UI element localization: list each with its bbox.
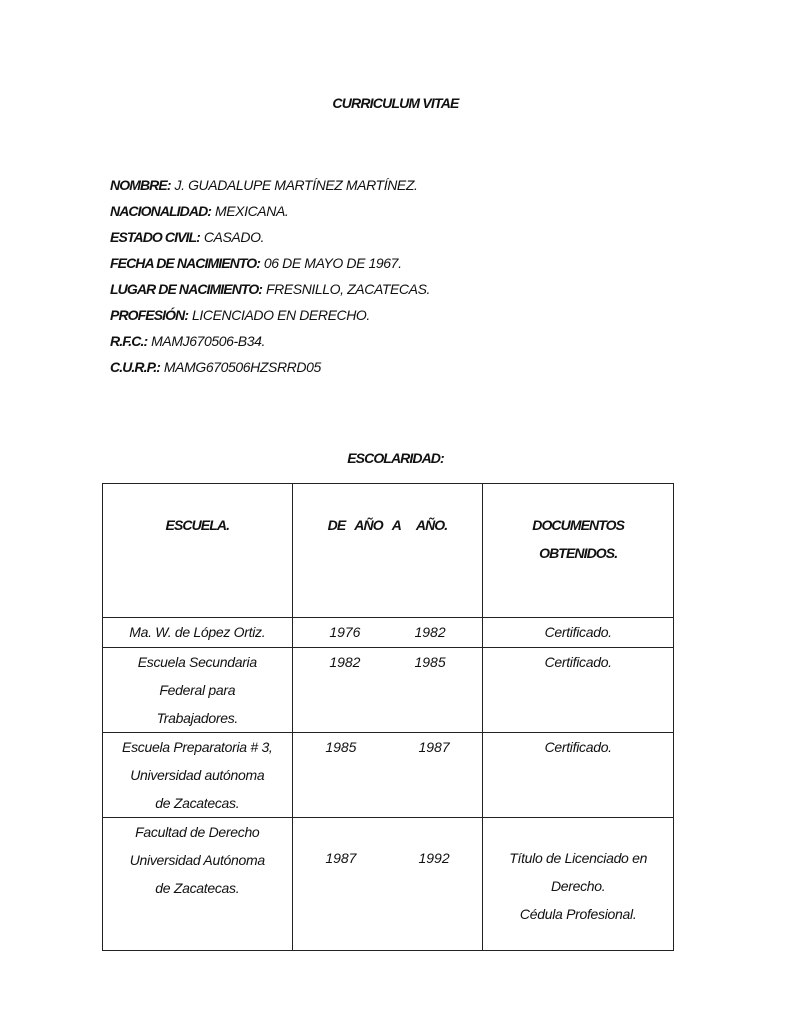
school-line: Federal para xyxy=(103,676,292,704)
documents-cell: Certificado. xyxy=(483,733,674,818)
school-line: Facultad de Derecho xyxy=(103,818,292,846)
documents-cell: Certificado. xyxy=(483,648,674,733)
info-label: C.U.R.P.: xyxy=(110,359,160,375)
years-cell: 1976 1982 xyxy=(292,618,483,648)
info-marital-status: ESTADO CIVIL: CASADO. xyxy=(110,224,710,250)
documents-cell: Certificado. xyxy=(483,618,674,648)
header-years-a: A xyxy=(392,511,401,539)
school-line: Escuela Secundaria xyxy=(103,648,292,676)
table-row: Escuela Preparatoria # 3, Universidad au… xyxy=(103,733,674,818)
info-nationality: NACIONALIDAD: MEXICANA. xyxy=(110,198,710,224)
page-title: CURRICULUM VITAE xyxy=(0,95,791,111)
info-label: LUGAR DE NACIMIENTO: xyxy=(110,281,262,297)
info-value: FRESNILLO, ZACATECAS. xyxy=(266,281,430,297)
info-birth-date: FECHA DE NACIMIENTO: 06 DE MAYO DE 1967. xyxy=(110,250,710,276)
year-from: 1985 xyxy=(325,733,356,761)
info-value: MEXICANA. xyxy=(215,203,288,219)
table-row: Ma. W. de López Ortiz. 1976 1982 Certifi… xyxy=(103,618,674,648)
document-line: Certificado. xyxy=(483,618,673,646)
year-to: 1985 xyxy=(414,648,445,676)
school-line: Trabajadores. xyxy=(103,704,292,732)
personal-info-section: NOMBRE: J. GUADALUPE MARTÍNEZ MARTÍNEZ. … xyxy=(110,172,710,380)
education-section-title: ESCOLARIDAD: xyxy=(0,450,791,466)
education-table: ESCUELA. DE AÑO A AÑO. DOCUMENTOS OBTENI… xyxy=(102,483,674,951)
header-documents: DOCUMENTOS OBTENIDOS. xyxy=(483,484,674,618)
school-cell: Facultad de Derecho Universidad Autónoma… xyxy=(103,818,293,951)
school-line: de Zacatecas. xyxy=(103,874,292,902)
document-line: Título de Licenciado en xyxy=(483,844,673,872)
school-line: Universidad autónoma xyxy=(103,761,292,789)
document-line: Certificado. xyxy=(483,648,673,676)
year-from: 1982 xyxy=(329,648,360,676)
header-years: DE AÑO A AÑO. xyxy=(292,484,483,618)
info-value: LICENCIADO EN DERECHO. xyxy=(192,307,370,323)
info-curp: C.U.R.P.: MAMG670506HZSRRD05 xyxy=(110,354,710,380)
info-value: MAMJ670506-B34. xyxy=(151,333,265,349)
table-row: Facultad de Derecho Universidad Autónoma… xyxy=(103,818,674,951)
year-to: 1987 xyxy=(418,733,449,761)
info-name: NOMBRE: J. GUADALUPE MARTÍNEZ MARTÍNEZ. xyxy=(110,172,710,198)
header-school-label: ESCUELA. xyxy=(166,517,230,533)
table-row: Escuela Secundaria Federal para Trabajad… xyxy=(103,648,674,733)
info-value: 06 DE MAYO DE 1967. xyxy=(264,255,402,271)
header-documents-line2: OBTENIDOS. xyxy=(483,539,673,567)
school-line: Ma. W. de López Ortiz. xyxy=(103,618,292,646)
info-label: NACIONALIDAD: xyxy=(110,203,211,219)
header-years-ano1: AÑO xyxy=(354,511,382,539)
header-documents-line1: DOCUMENTOS xyxy=(483,511,673,539)
year-from: 1987 xyxy=(325,844,356,872)
info-label: R.F.C.: xyxy=(110,333,147,349)
header-years-ano2: AÑO. xyxy=(416,511,447,539)
school-cell: Ma. W. de López Ortiz. xyxy=(103,618,293,648)
year-to: 1982 xyxy=(414,618,445,646)
years-cell: 1985 1987 xyxy=(292,733,483,818)
info-value: J. GUADALUPE MARTÍNEZ MARTÍNEZ. xyxy=(174,177,417,193)
years-cell: 1982 1985 xyxy=(292,648,483,733)
info-label: NOMBRE: xyxy=(110,177,171,193)
info-birth-place: LUGAR DE NACIMIENTO: FRESNILLO, ZACATECA… xyxy=(110,276,710,302)
year-range: 1976 1982 xyxy=(293,618,483,646)
school-line: Universidad Autónoma xyxy=(103,846,292,874)
header-school: ESCUELA. xyxy=(103,484,293,618)
info-rfc: R.F.C.: MAMJ670506-B34. xyxy=(110,328,710,354)
school-cell: Escuela Preparatoria # 3, Universidad au… xyxy=(103,733,293,818)
school-line: Escuela Preparatoria # 3, xyxy=(103,733,292,761)
info-value: CASADO. xyxy=(204,229,264,245)
year-range: 1987 1992 xyxy=(293,844,483,872)
document-line: Cédula Profesional. xyxy=(483,900,673,928)
year-range: 1982 1985 xyxy=(293,648,483,676)
year-to: 1992 xyxy=(418,844,449,872)
document-line: Derecho. xyxy=(483,872,673,900)
year-from: 1976 xyxy=(329,618,360,646)
info-profession: PROFESIÓN: LICENCIADO EN DERECHO. xyxy=(110,302,710,328)
info-label: PROFESIÓN: xyxy=(110,307,188,323)
header-years-de: DE xyxy=(328,511,346,539)
school-line: de Zacatecas. xyxy=(103,789,292,817)
header-years-label: DE AÑO A AÑO. xyxy=(293,511,483,539)
info-label: ESTADO CIVIL: xyxy=(110,229,200,245)
info-label: FECHA DE NACIMIENTO: xyxy=(110,255,260,271)
document-line: Certificado. xyxy=(483,733,673,761)
info-value: MAMG670506HZSRRD05 xyxy=(164,359,321,375)
table-header-row: ESCUELA. DE AÑO A AÑO. DOCUMENTOS OBTENI… xyxy=(103,484,674,618)
year-range: 1985 1987 xyxy=(293,733,483,761)
school-cell: Escuela Secundaria Federal para Trabajad… xyxy=(103,648,293,733)
years-cell: 1987 1992 xyxy=(292,818,483,951)
documents-cell: Título de Licenciado en Derecho. Cédula … xyxy=(483,818,674,951)
